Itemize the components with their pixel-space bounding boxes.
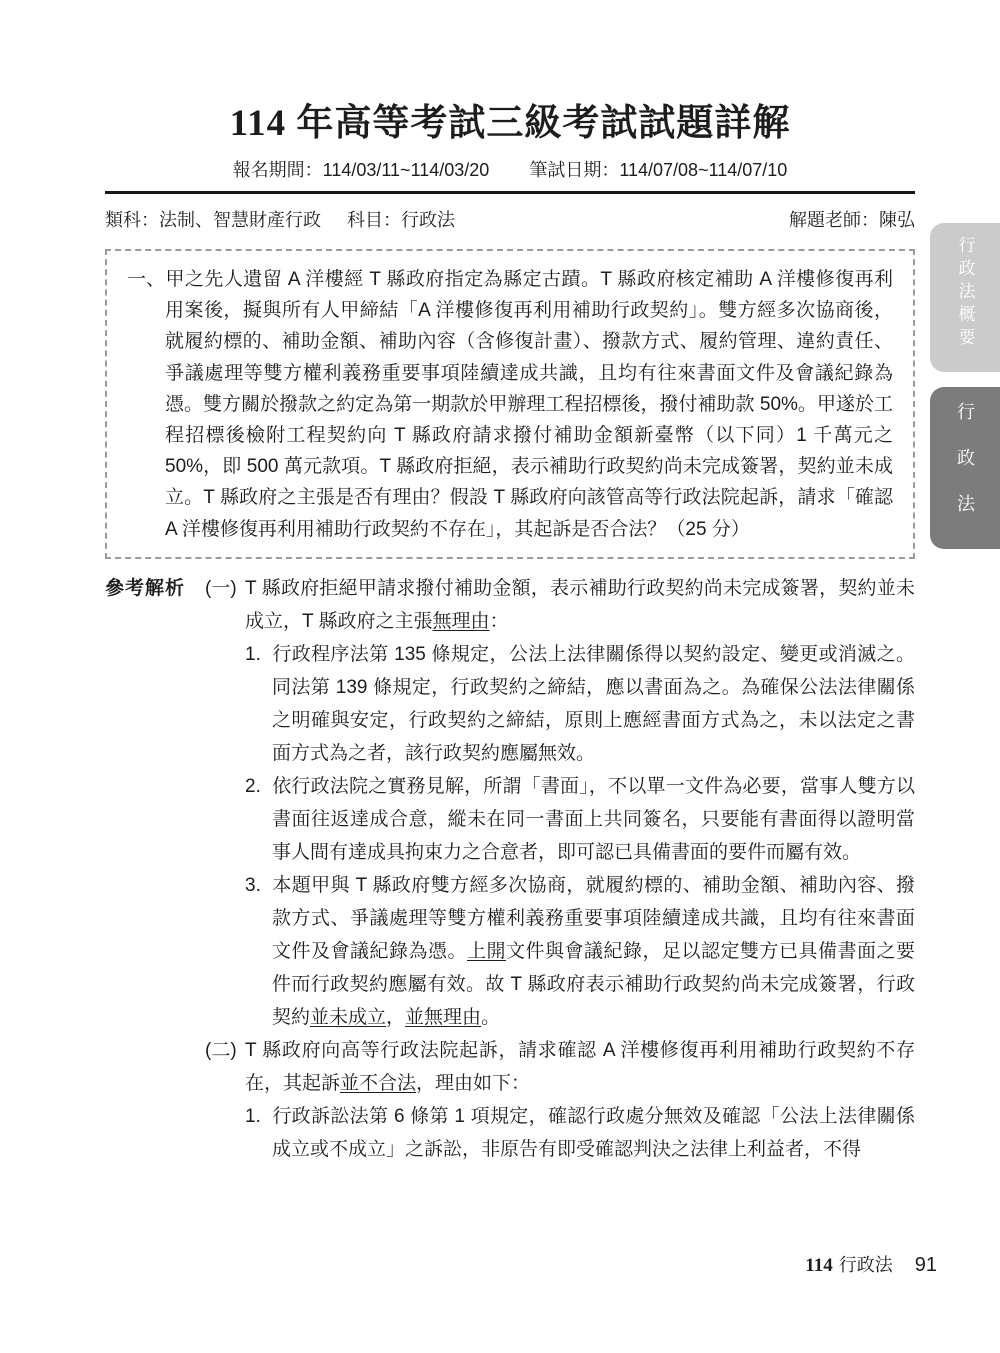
item-number: 1. bbox=[245, 1100, 272, 1133]
analysis-label: 參考解析 bbox=[105, 572, 189, 1166]
written-exam-date: 筆試日期：114/07/08~114/07/10 bbox=[529, 156, 787, 182]
list-item: 3.本題甲與 T 縣政府雙方經多次協商，就履約標的、補助金額、補助內容、撥款方式… bbox=[245, 869, 915, 1034]
item-number: 2. bbox=[245, 770, 272, 803]
question-number: 一、 bbox=[127, 264, 165, 295]
section-1-intro-text: T 縣政府拒絕甲請求撥付補助金額，表示補助行政契約尚未完成簽署，契約並未成立，T… bbox=[245, 578, 915, 632]
side-tab-administrative-law-summary: 行政法概要 bbox=[930, 223, 1000, 372]
side-tab-administrative-law: 行政法 bbox=[930, 387, 1000, 549]
question-text: 甲之先人遺留 A 洋樓經 T 縣政府指定為縣定古蹟。T 縣政府核定補助 A 洋樓… bbox=[165, 269, 893, 540]
analysis-section-2-items: 1.行政訴訟法第 6 條第 1 項規定，確認行政處分無效及確認「公法上法律關係成… bbox=[245, 1100, 915, 1166]
list-item: 1.行政程序法第 135 條規定，公法上法律關係得以契約設定、變更或消滅之。同法… bbox=[245, 638, 915, 770]
scanned-book-page: 114 年高等考試三級考試試題詳解 報名期間：114/03/11~114/03/… bbox=[0, 0, 1000, 1353]
question-box: 一、甲之先人遺留 A 洋樓經 T 縣政府指定為縣定古蹟。T 縣政府核定補助 A … bbox=[105, 249, 915, 559]
list-item: 2.依行政法院之實務見解，所謂「書面」，不以單一文件為必要，當事人雙方以書面往返… bbox=[245, 770, 915, 869]
item-number: 1. bbox=[245, 638, 272, 671]
section-2-marker: (二) bbox=[205, 1034, 245, 1067]
registration-period: 報名期間：114/03/11~114/03/20 bbox=[233, 156, 490, 182]
section-2-intro-text: T 縣政府向高等行政法院起訴，請求確認 A 洋樓修復再利用補助行政契約不存在，其… bbox=[245, 1040, 915, 1094]
analysis-body: (一)T 縣政府拒絕甲請求撥付補助金額，表示補助行政契約尚未完成簽署，契約並未成… bbox=[189, 572, 915, 1166]
item-text: 本題甲與 T 縣政府雙方經多次協商，就履約標的、補助金額、補助內容、撥款方式、爭… bbox=[272, 875, 915, 1028]
list-item: 1.行政訴訟法第 6 條第 1 項規定，確認行政處分無效及確認「公法上法律關係成… bbox=[245, 1100, 915, 1166]
meta-row: 類科：法制、智慧財產行政 科目：行政法 解題老師：陳弘 bbox=[105, 207, 915, 233]
question-paragraph: 一、甲之先人遺留 A 洋樓經 T 縣政府指定為縣定古蹟。T 縣政府核定補助 A … bbox=[127, 264, 893, 545]
category-label: 類科：法制、智慧財產行政 bbox=[105, 207, 321, 233]
analysis-section-2-intro: (二)T 縣政府向高等行政法院起訴，請求確認 A 洋樓修復再利用補助行政契約不存… bbox=[205, 1034, 915, 1100]
section-1-marker: (一) bbox=[205, 572, 245, 605]
header-divider bbox=[105, 191, 915, 194]
footer-subject: 行政法 bbox=[839, 1255, 893, 1275]
side-tab-label: 行政法概要 bbox=[953, 223, 978, 372]
solver-label: 解題老師：陳弘 bbox=[789, 207, 915, 233]
item-text: 行政訴訟法第 6 條第 1 項規定，確認行政處分無效及確認「公法上法律關係成立或… bbox=[272, 1106, 915, 1160]
analysis-section: 參考解析 (一)T 縣政府拒絕甲請求撥付補助金額，表示補助行政契約尚未完成簽署，… bbox=[105, 572, 915, 1166]
category-subject: 類科：法制、智慧財產行政 科目：行政法 bbox=[105, 207, 455, 233]
page-footer: 114行政法91 bbox=[805, 1251, 937, 1277]
item-number: 3. bbox=[245, 869, 272, 902]
item-text: 依行政法院之實務見解，所謂「書面」，不以單一文件為必要，當事人雙方以書面往返達成… bbox=[272, 776, 915, 863]
page-title: 114 年高等考試三級考試試題詳解 bbox=[105, 0, 915, 148]
subject-label: 科目：行政法 bbox=[347, 207, 455, 233]
analysis-section-1-intro: (一)T 縣政府拒絕甲請求撥付補助金額，表示補助行政契約尚未完成簽署，契約並未成… bbox=[205, 572, 915, 638]
footer-volume: 114 bbox=[805, 1255, 832, 1276]
footer-page-number: 91 bbox=[915, 1254, 937, 1276]
exam-dates-row: 報名期間：114/03/11~114/03/20 筆試日期：114/07/08~… bbox=[105, 156, 915, 182]
item-text: 行政程序法第 135 條規定，公法上法律關係得以契約設定、變更或消滅之。同法第 … bbox=[272, 644, 915, 764]
side-tab-label: 行政法 bbox=[952, 387, 978, 549]
analysis-section-1-items: 1.行政程序法第 135 條規定，公法上法律關係得以契約設定、變更或消滅之。同法… bbox=[245, 638, 915, 1034]
page-content: 114 年高等考試三級考試試題詳解 報名期間：114/03/11~114/03/… bbox=[105, 0, 915, 1166]
